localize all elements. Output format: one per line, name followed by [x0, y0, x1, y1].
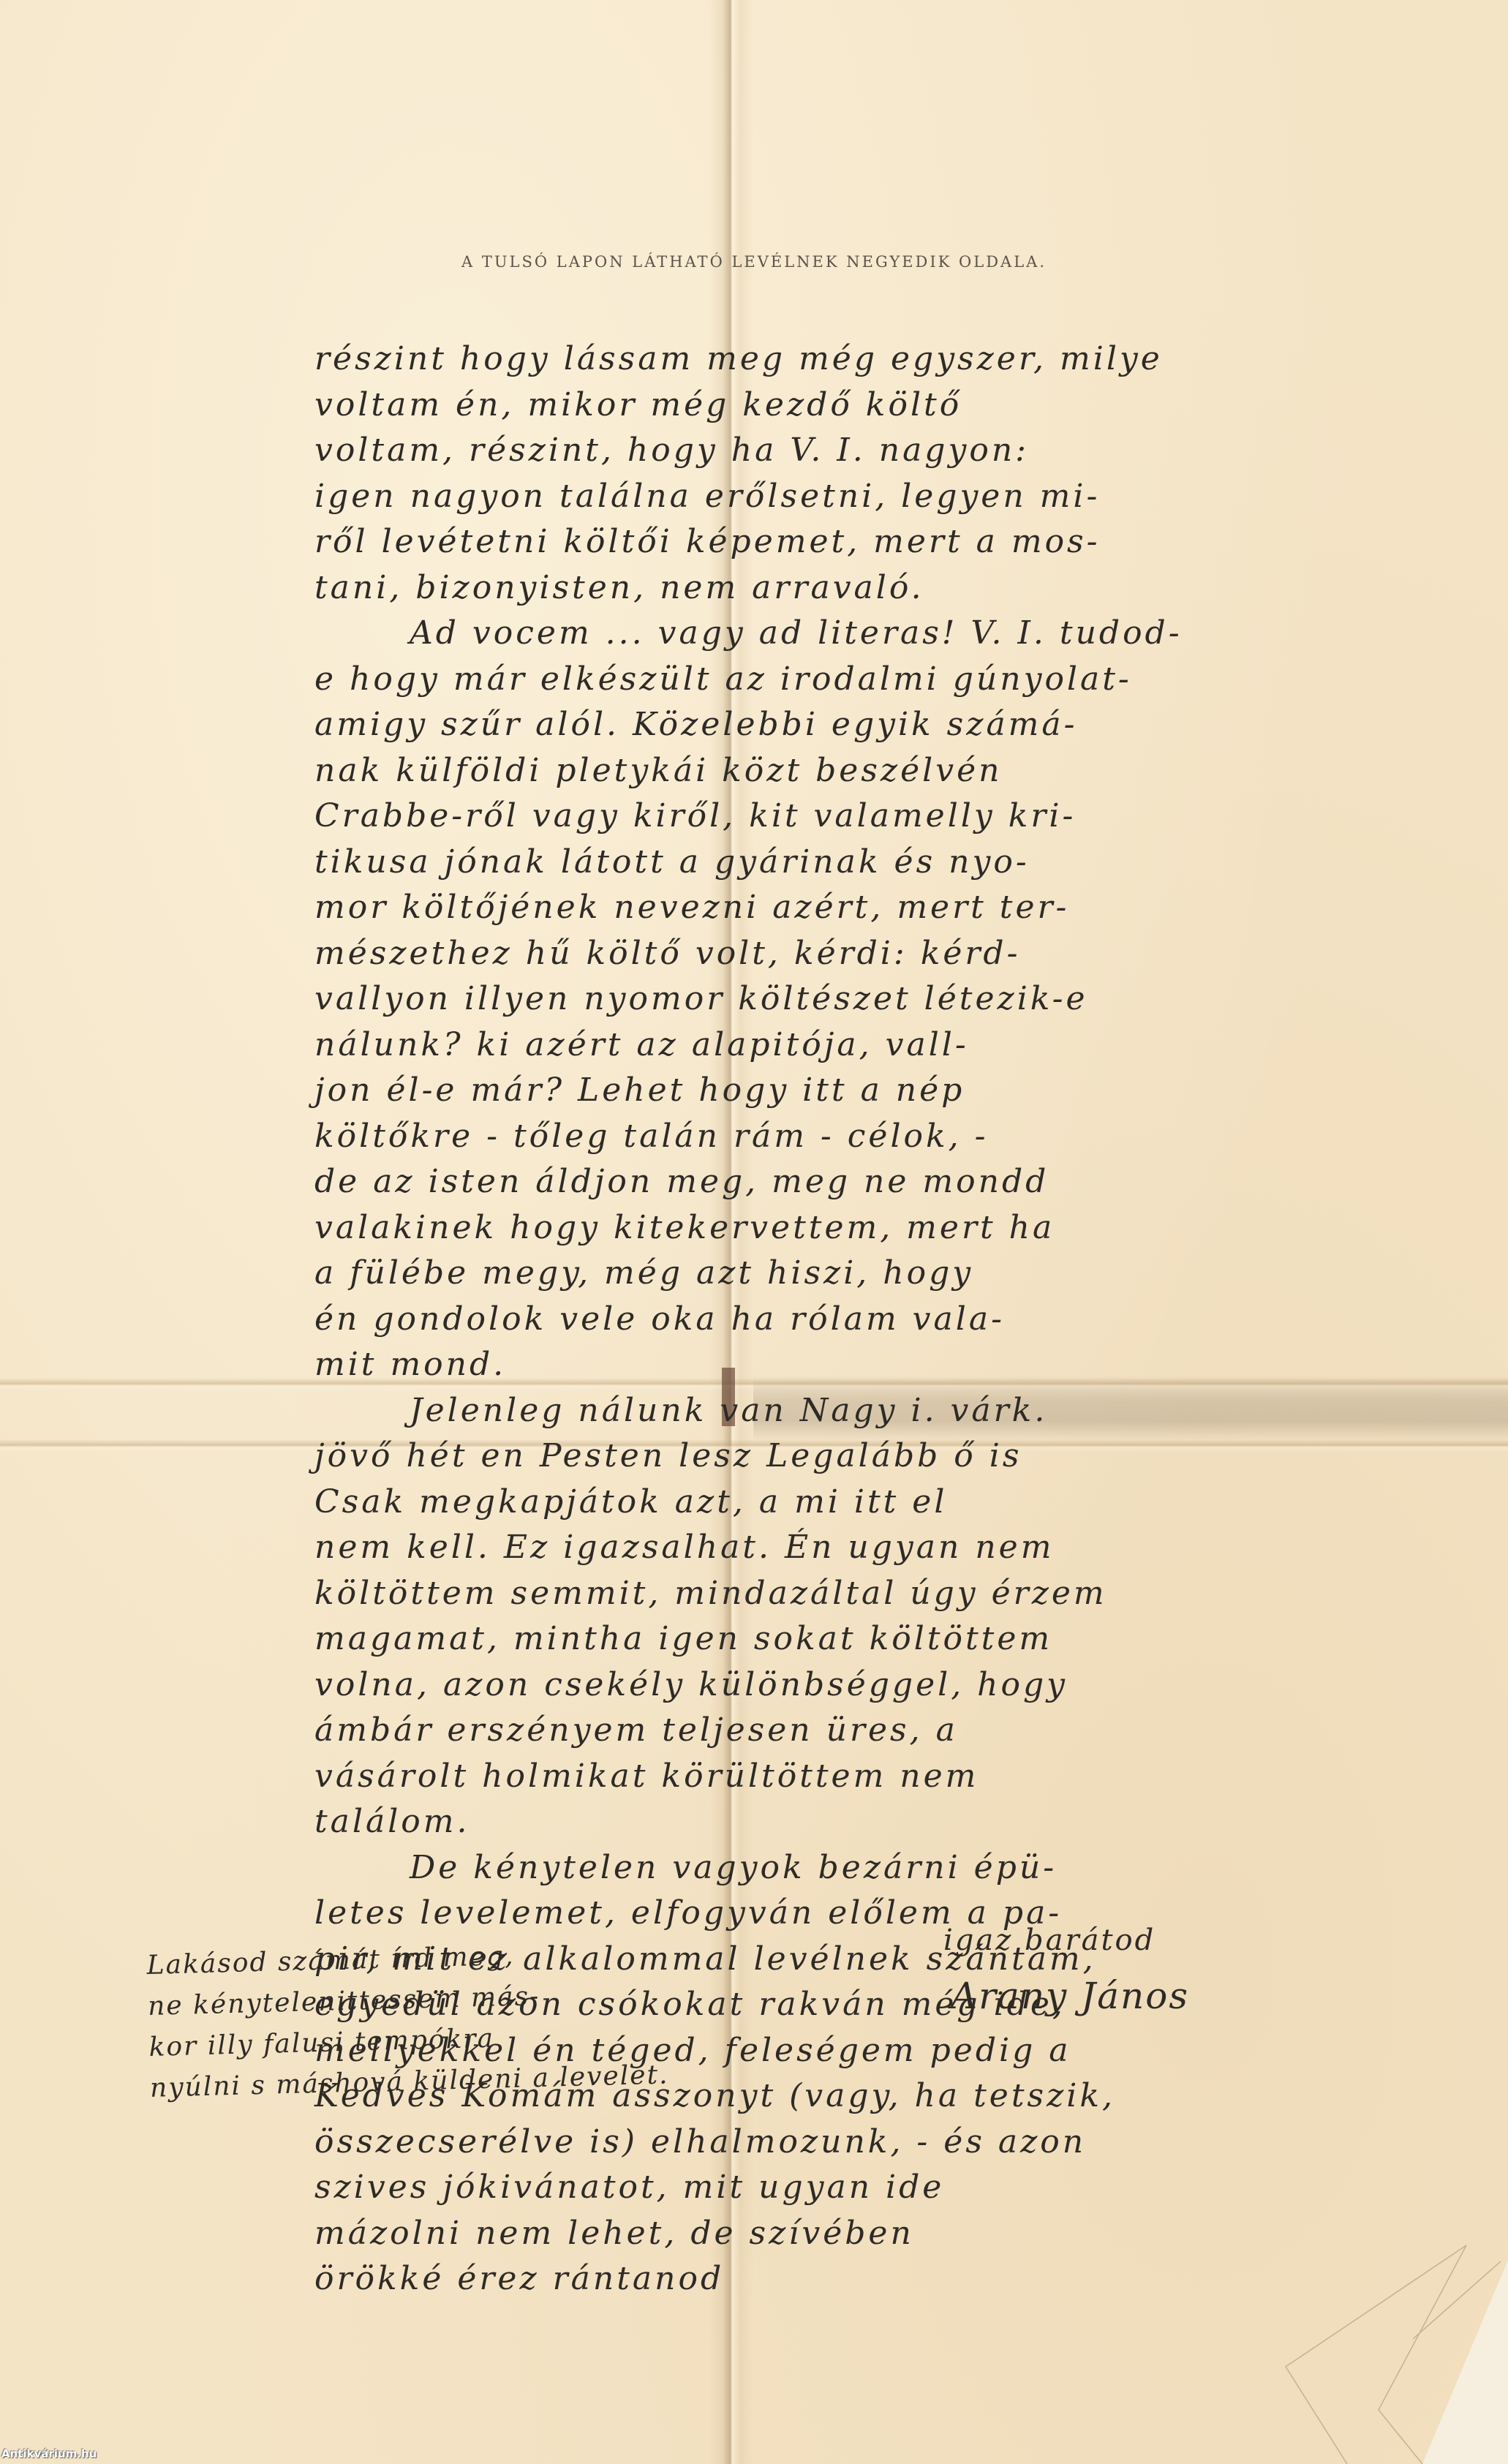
letter-line: jövő hét en Pesten lesz Legalább ő is	[314, 1433, 1338, 1480]
letter-line: mor költőjének nevezni azért, mert ter-	[314, 885, 1338, 931]
letter-line: de az isten áldjon meg, meg ne mondd	[314, 1159, 1338, 1205]
letter-line: költőkre - tőleg talán rám - célok, -	[314, 1114, 1338, 1160]
signature: Arany János	[951, 1975, 1189, 2017]
letter-line: örökké érez rántanod	[314, 2256, 1338, 2302]
closing-salutation: igaz barátod	[943, 1924, 1155, 1957]
letter-line: ről levétetni költői képemet, mert a mos…	[314, 519, 1338, 565]
letter-line: költöttem semmit, mindazáltal úgy érzem	[314, 1571, 1338, 1617]
watermark-logo: Antikvárium.hu	[1, 2447, 97, 2460]
letter-line: volna, azon csekély különbséggel, hogy	[314, 1662, 1338, 1708]
letter-line: mit mond.	[314, 1342, 1338, 1388]
paper-sheet: A TULSÓ LAPON LÁTHATÓ LEVÉLNEK NEGYEDIK …	[0, 0, 1508, 2464]
letter-line: amigy szűr alól. Közelebbi egyik számá-	[314, 702, 1338, 748]
letter-line: e hogy már elkészült az irodalmi gúnyola…	[314, 657, 1338, 703]
letter-line: találom.	[314, 1799, 1338, 1845]
letter-line: valakinek hogy kitekervettem, mert ha	[314, 1205, 1338, 1251]
letter-line: Jelenleg nálunk van Nagy i. várk.	[314, 1388, 1338, 1434]
letter-line: tikusa jónak látott a gyárinak és nyo-	[314, 840, 1338, 886]
letter-line: Csak megkapjátok azt, a mi itt el	[314, 1480, 1338, 1526]
letter-line: mészethez hű költő volt, kérdi: kérd-	[314, 931, 1338, 977]
printed-header: A TULSÓ LAPON LÁTHATÓ LEVÉLNEK NEGYEDIK …	[0, 253, 1508, 271]
letter-line: De kénytelen vagyok bezárni épü-	[314, 1845, 1338, 1891]
letter-line: tani, bizonyisten, nem arravaló.	[314, 565, 1338, 611]
letter-line: vásárolt holmikat körültöttem nem	[314, 1754, 1338, 1800]
letter-line: letes levelemet, elfogyván előlem a pa-	[314, 1891, 1338, 1937]
letter-line: szives jókivánatot, mit ugyan ide	[314, 2165, 1338, 2211]
letter-line: nálunk? ki azért az alapitója, vall-	[314, 1022, 1338, 1069]
letter-line: magamat, mintha igen sokat költöttem	[314, 1616, 1338, 1662]
letter-line: mázolni nem lehet, de szívében	[314, 2211, 1338, 2257]
letter-line: vallyon illyen nyomor költészet létezik-…	[314, 976, 1338, 1022]
letter-line: én gondolok vele oka ha rólam vala-	[314, 1297, 1338, 1343]
letter-line: ámbár erszényem teljesen üres, a	[314, 1708, 1338, 1754]
letter-line: voltam, részint, hogy ha V. I. nagyon:	[314, 428, 1338, 474]
letter-line: Crabbe-ről vagy kiről, kit valamelly kri…	[314, 794, 1338, 840]
letter-line: jon él-e már? Lehet hogy itt a nép	[314, 1068, 1338, 1114]
postscript: Lakásod számát írd meg,ne kénytelenittes…	[146, 1932, 669, 2109]
letter-line: igen nagyon találna erőlsetni, legyen mi…	[314, 474, 1338, 520]
letter-line: összecserélve is) elhalmozunk, - és azon	[314, 2120, 1338, 2166]
letter-line: Ad vocem ... vagy ad literas! V. I. tudo…	[314, 611, 1338, 657]
letter-line: nak külföldi pletykái közt beszélvén	[314, 748, 1338, 794]
letter-line: nem kell. Ez igazsalhat. Én ugyan nem	[314, 1525, 1338, 1571]
letter-line: voltam én, mikor még kezdő költő	[314, 383, 1338, 429]
letter-line: a fülébe megy, még azt hiszi, hogy	[314, 1251, 1338, 1297]
letter-line: részint hogy lássam meg még egyszer, mil…	[314, 336, 1338, 383]
